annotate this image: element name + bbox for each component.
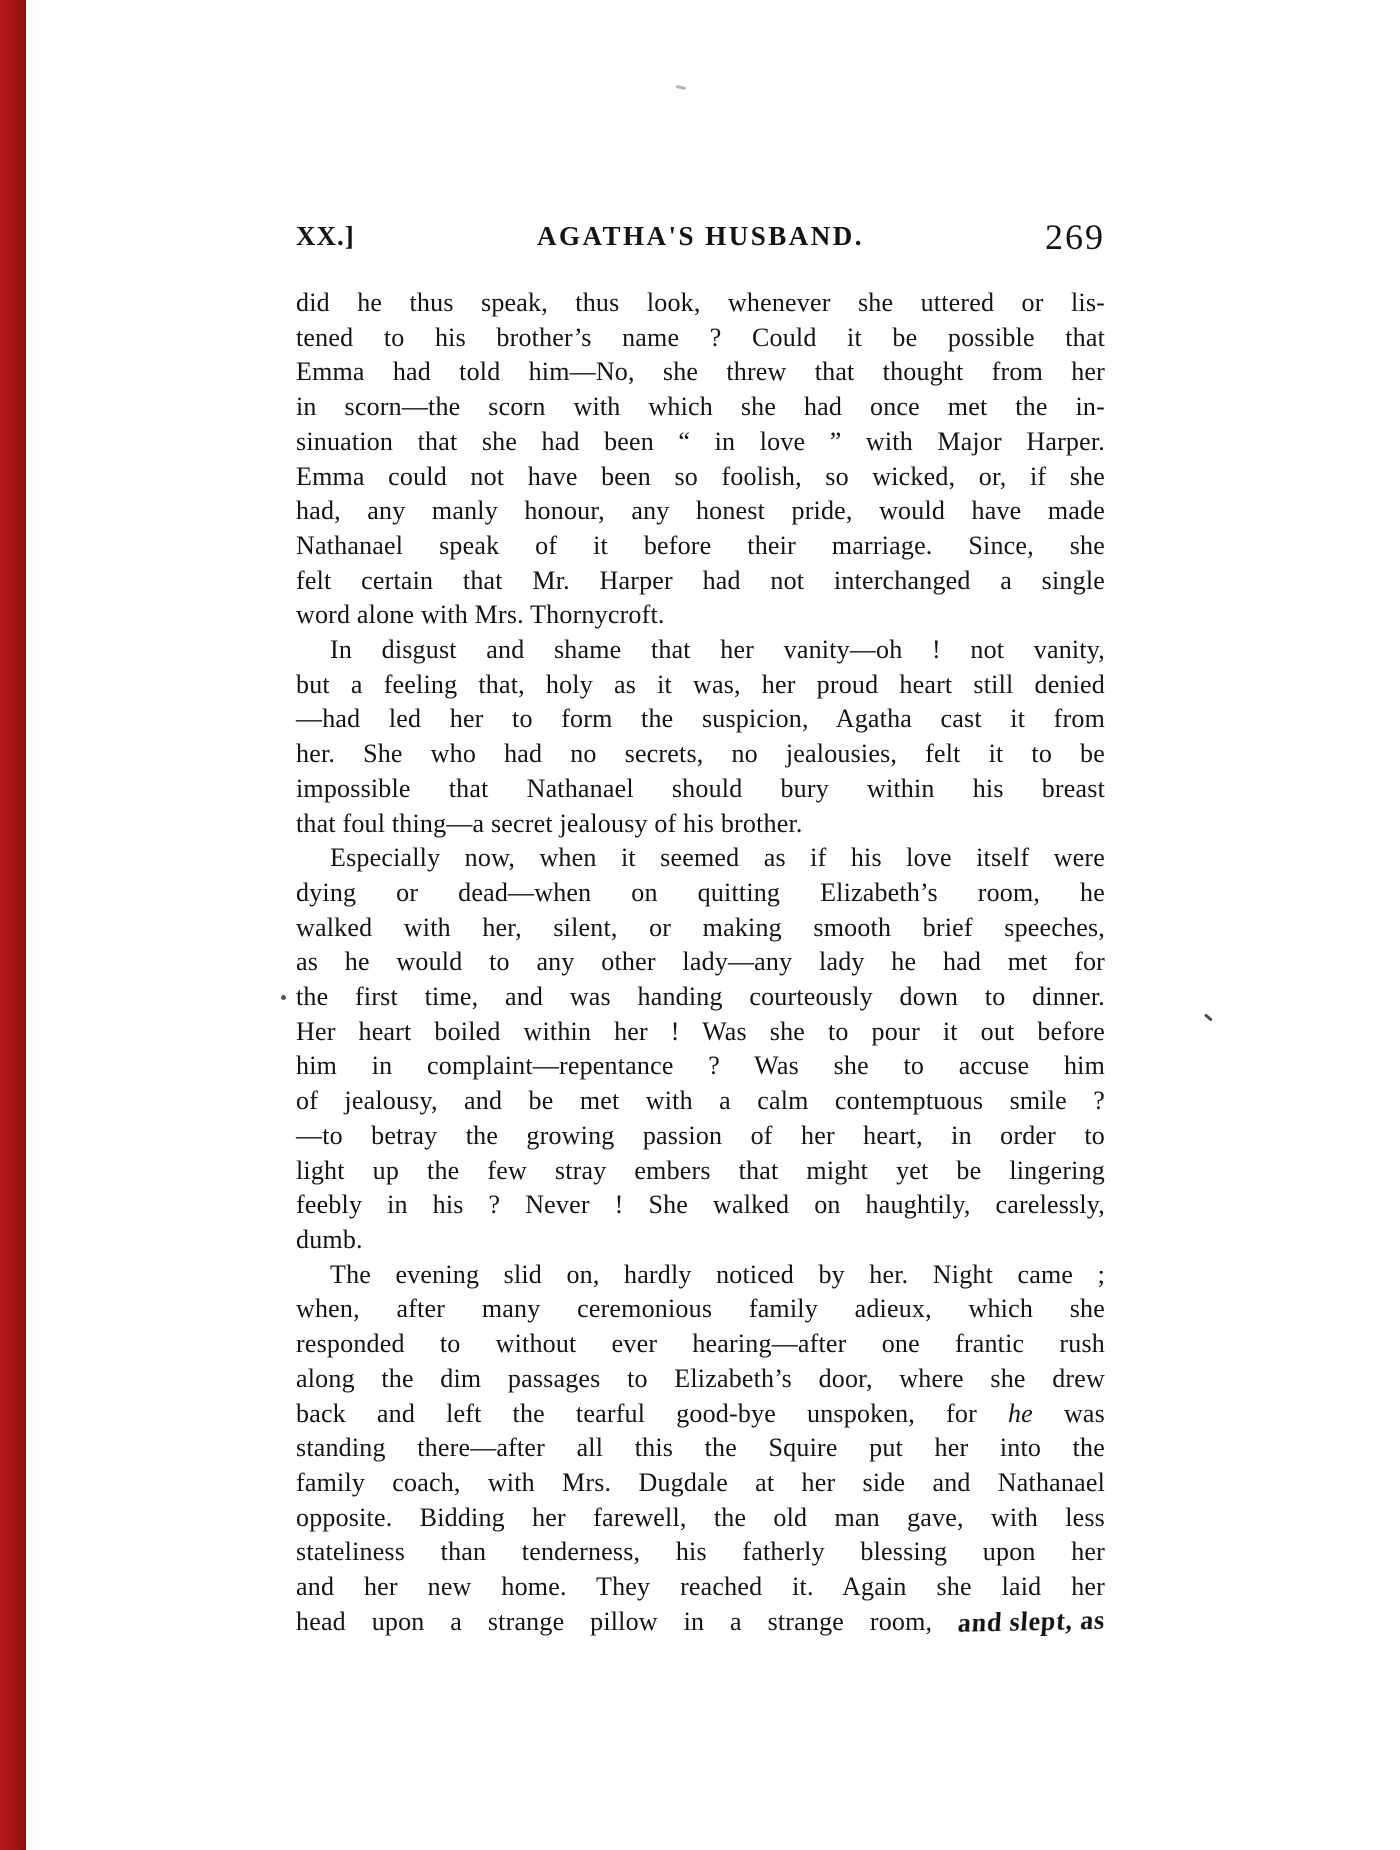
text-line: Her heart boiled within her ! Was she to… [296,1015,1105,1050]
text-line: her. She who had no secrets, no jealousi… [296,737,1105,772]
page-header: XX.] AGATHA'S HUSBAND. 269 [296,212,1105,254]
text-line: The evening slid on, hardly noticed by h… [296,1258,1105,1293]
page-body-text: did he thus speak, thus look, whenever s… [296,286,1105,1639]
scan-edge-ribbon [0,0,26,1850]
text-line: opposite. Bidding her farewell, the old … [296,1501,1105,1536]
warped-scan-text: and slept, as [957,1602,1107,1641]
text-line: in scorn—the scorn with which she had on… [296,390,1105,425]
text-line: light up the few stray embers that might… [296,1154,1105,1189]
text-line: —to betray the growing passion of her he… [296,1119,1105,1154]
text-line: —had led her to form the suspicion, Agat… [296,702,1105,737]
text-line: dumb. [296,1223,1105,1258]
text-line: Especially now, when it seemed as if his… [296,841,1105,876]
page-number: 269 [1045,216,1105,258]
text-line: In disgust and shame that her vanity—oh … [296,633,1105,668]
chapter-marker: XX.] [296,221,355,252]
text-line: impossible that Nathanael should bury wi… [296,772,1105,807]
text-line: word alone with Mrs. Thornycroft. [296,598,1105,633]
text-line: standing there—after all this the Squire… [296,1431,1105,1466]
text-line: feebly in his ? Never ! She walked on ha… [296,1188,1105,1223]
text-line: the first time, and was handing courteou… [296,980,1105,1015]
scan-speck [1204,1013,1213,1021]
scan-speck [281,995,286,1000]
text-line: as he would to any other lady—any lady h… [296,945,1105,980]
scan-speck [676,85,686,90]
running-title: AGATHA'S HUSBAND. [537,221,864,252]
text-line: sinuation that she had been “ in love ” … [296,425,1105,460]
text-line: did he thus speak, thus look, whenever s… [296,286,1105,321]
text-line: back and left the tearful good-bye unspo… [296,1397,1105,1432]
text-line: Nathanael speak of it before their marri… [296,529,1105,564]
text-line: dying or dead—when on quitting Elizabeth… [296,876,1105,911]
text-line: Emma could not have been so foolish, so … [296,460,1105,495]
text-line: had, any manly honour, any honest pride,… [296,494,1105,529]
text-segment: was [1033,1399,1105,1428]
text-line: of jealousy, and be met with a calm cont… [296,1084,1105,1119]
text-line: along the dim passages to Elizabeth’s do… [296,1362,1105,1397]
text-line: family coach, with Mrs. Dugdale at her s… [296,1466,1105,1501]
text-line: walked with her, silent, or making smoot… [296,911,1105,946]
text-segment: back and left the tearful good-bye unspo… [296,1399,1008,1428]
text-line: Emma had told him—No, she threw that tho… [296,355,1105,390]
text-line: responded to without ever hearing—after … [296,1327,1105,1362]
text-line: that foul thing—a secret jealousy of his… [296,807,1105,842]
text-line: him in complaint—repentance ? Was she to… [296,1049,1105,1084]
book-page-scan: XX.] AGATHA'S HUSBAND. 269 did he thus s… [0,0,1400,1850]
text-line: when, after many ceremonious family adie… [296,1292,1105,1327]
text-line: felt certain that Mr. Harper had not int… [296,564,1105,599]
text-line: tened to his brother’s name ? Could it b… [296,321,1105,356]
text-line: and her new home. They reached it. Again… [296,1570,1105,1605]
italic-word: he [1008,1399,1033,1428]
text-line: stateliness than tenderness, his fatherl… [296,1535,1105,1570]
text-segment: head upon a strange pillow in a strange … [296,1607,958,1636]
text-line: head upon a strange pillow in a strange … [296,1605,1105,1640]
text-line: but a feeling that, holy as it was, her … [296,668,1105,703]
